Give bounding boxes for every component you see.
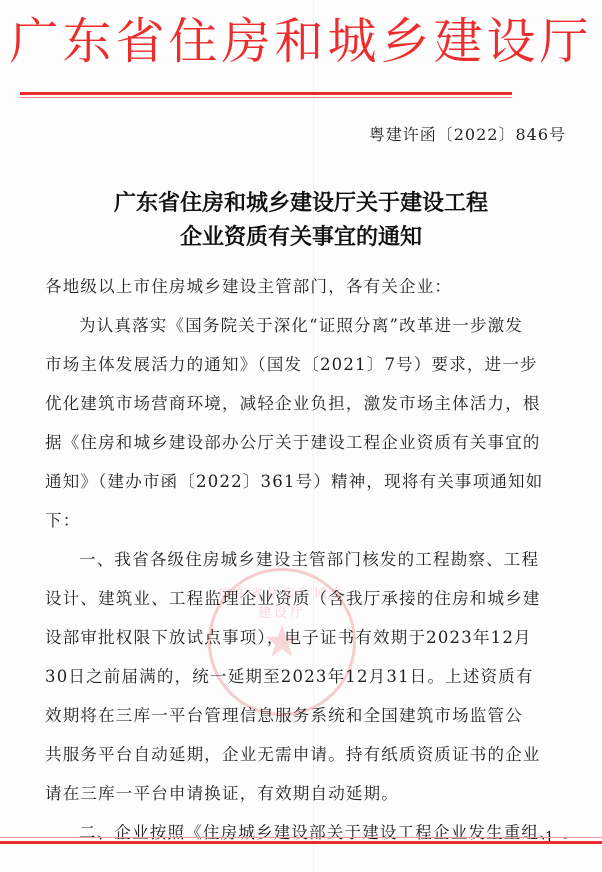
document-page: 广东省住房和城乡建设厅 粤建许函〔2022〕846号 广东省住房和城乡建设厅关于… — [0, 0, 602, 872]
footer-rule-thick — [0, 841, 602, 844]
body-line: 据《住房和城乡建设部办公厅关于建设工程企业资质有关事宜的 — [45, 423, 565, 462]
body-line: 共服务平台自动延期，企业无需申请。持有纸质资质证书的企业 — [45, 735, 565, 774]
body-line: 一、我省各级住房城乡建设主管部门核发的工程勘察、工程 — [45, 540, 565, 579]
document-title-line-1: 广东省住房和城乡建设厅关于建设工程 — [0, 186, 602, 220]
body-line: 请在三库一平台申请换证，有效期自动延期。 — [45, 774, 565, 813]
body-line: 通知》（建办市函〔2022〕361号）精神，现将有关事项通知如 — [45, 462, 565, 501]
body-line: 下： — [45, 501, 565, 540]
body-line: 优化建筑市场营商环境，减轻企业负担，激发市场主体活力，根 — [45, 384, 565, 423]
body-line: 二、企业按照《住房城乡建设部关于建设工程企业发生重组、 — [45, 813, 565, 852]
body-line: 为认真落实《国务院关于深化“证照分离”改革进一步激发 — [45, 306, 565, 345]
document-number: 粤建许函〔2022〕846号 — [369, 122, 566, 145]
body-line: 效期将在三库一平台管理信息服务系统和全国建筑市场监管公 — [45, 696, 565, 735]
body-line: 市场主体发展活力的通知》（国发〔2021〕7号）要求，进一步 — [45, 345, 565, 384]
body-line: 各地级以上市住房城乡建设主管部门，各有关企业： — [45, 267, 565, 306]
document-title: 广东省住房和城乡建设厅关于建设工程 企业资质有关事宜的通知 — [0, 186, 602, 254]
body-line: 设计、建筑业、工程监理企业资质（含我厅承接的住房和城乡建 — [45, 579, 565, 618]
footer-rule-thin — [0, 837, 602, 838]
document-body: 各地级以上市住房城乡建设主管部门，各有关企业： 为认真落实《国务院关于深化“证照… — [45, 267, 565, 852]
masthead-title: 广东省住房和城乡建设厅 — [0, 8, 602, 76]
document-title-line-2: 企业资质有关事宜的通知 — [0, 220, 602, 254]
body-line: 30日之前届满的，统一延期至2023年12月31日。上述资质有 — [45, 657, 565, 696]
body-line: 设部审批权限下放试点事项），电子证书有效期于2023年12月 — [45, 618, 565, 657]
masthead-rule-thick — [20, 92, 512, 95]
masthead-rule-thin — [20, 97, 512, 98]
